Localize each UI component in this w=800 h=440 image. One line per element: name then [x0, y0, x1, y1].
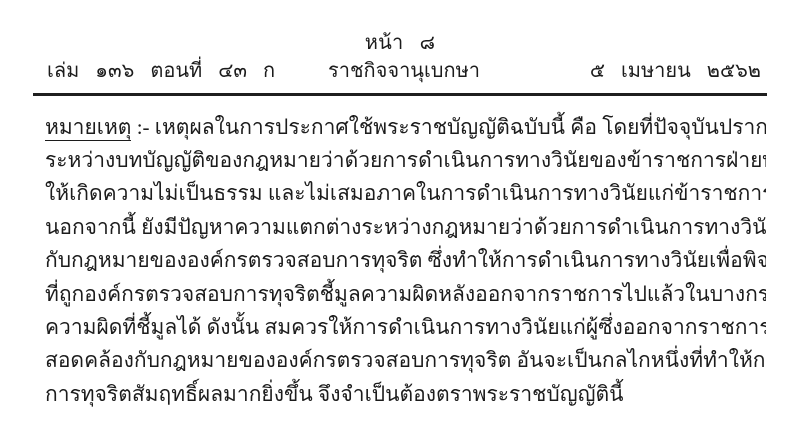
note-line-7: ความผิดที่ชี้มูลได้ ดังนั้น สมควรให้การด…	[45, 311, 766, 344]
page-number: หน้า ๘	[0, 31, 800, 55]
note-line-1-text: :- เหตุผลในการประกาศใช้พระราชบัญญัติฉบับ…	[131, 115, 766, 139]
note-line-6: ที่ถูกองค์กรตรวจสอบการทุจริตชี้มูลความผิ…	[45, 278, 766, 311]
note-line-9: การทุจริตสัมฤทธิ์ผลมากยิ่งขึ้น จึงจำเป็น…	[45, 378, 766, 411]
gazette-page: หน้า ๘ เล่ม ๑๓๖ ตอนที่ ๔๓ ก ราชกิจจานุเบ…	[0, 0, 800, 440]
note-line-5: กับกฎหมายขององค์กรตรวจสอบการทุจริต ซึ่งท…	[45, 244, 766, 277]
volume-issue-label: เล่ม ๑๓๖ ตอนที่ ๔๓ ก	[33, 59, 328, 84]
gazette-title: ราชกิจจานุเบกษา	[328, 59, 480, 84]
note-line-1: หมายเหตุ :- เหตุผลในการประกาศใช้พระราชบั…	[45, 111, 766, 144]
note-label: หมายเหตุ	[45, 115, 131, 141]
note-paragraph: หมายเหตุ :- เหตุผลในการประกาศใช้พระราชบั…	[45, 111, 766, 412]
note-line-2: ระหว่างบทบัญญัติของกฎหมายว่าด้วยการดำเนิ…	[45, 144, 766, 177]
publication-date: ๕ เมษายน ๒๕๖๒	[480, 59, 767, 84]
note-line-8: สอดคล้องกับกฎหมายขององค์กรตรวจสอบการทุจร…	[45, 344, 766, 377]
header-row: เล่ม ๑๓๖ ตอนที่ ๔๓ ก ราชกิจจานุเบกษา ๕ เ…	[33, 59, 767, 84]
gazette-header: หน้า ๘ เล่ม ๑๓๖ ตอนที่ ๔๓ ก ราชกิจจานุเบ…	[0, 0, 800, 96]
header-divider	[33, 93, 767, 96]
note-line-3: ให้เกิดความไม่เป็นธรรม และไม่เสมอภาคในกา…	[45, 177, 766, 210]
note-line-4: นอกจากนี้ ยังมีปัญหาความแตกต่างระหว่างกฎ…	[45, 211, 766, 244]
